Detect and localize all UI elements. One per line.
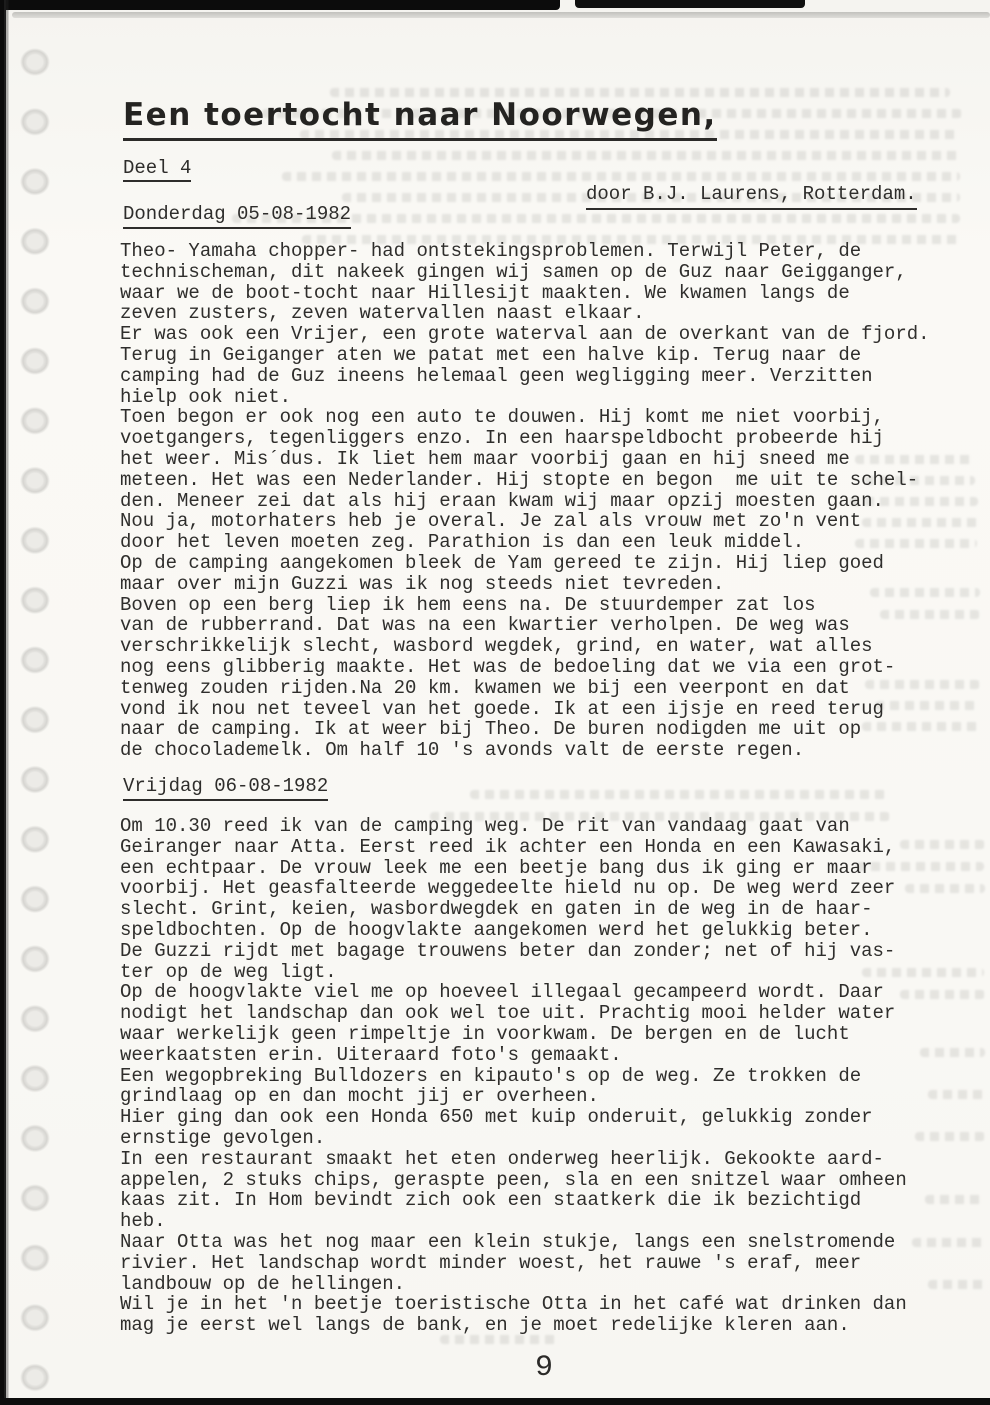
page-title: Een toertocht naar Noorwegen, [123,100,717,141]
scan-edge-left [0,0,9,1405]
bleedthrough-artifact [928,1280,986,1289]
bleedthrough-artifact [900,990,985,999]
bleedthrough-artifact [928,1090,986,1099]
bleedthrough-artifact [905,884,985,893]
entry-body-friday: Om 10.30 reed ik van de camping weg. De … [120,816,907,1336]
entry-body-thursday: Theo- Yamaha chopper- had ontstekingspro… [120,241,930,761]
byline: door B.J. Laurens, Rotterdam. [586,185,917,210]
bleedthrough-artifact [330,88,950,97]
scanned-journal-page: Een toertocht naar Noorwegen, Deel 4 doo… [0,0,990,1405]
entry-heading-friday: Vrijdag 06-08-1982 [123,777,328,801]
entry-heading-thursday: Donderdag 05-08-1982 [123,205,351,229]
bleedthrough-artifact [332,151,960,160]
bleedthrough-artifact [920,1048,985,1057]
scan-edge-top-segment [575,0,805,8]
bleedthrough-artifact [282,172,960,181]
scan-shadow-band [12,12,990,18]
bleedthrough-artifact [900,840,985,849]
scan-edge-top [0,0,560,10]
binder-holes [19,47,51,1399]
scan-edge-bottom [0,1398,990,1405]
bleedthrough-artifact [470,790,890,799]
bleedthrough-artifact [915,1132,985,1141]
page-number: 9 [535,1351,553,1385]
part-label: Deel 4 [123,159,191,182]
bleedthrough-artifact [925,1195,985,1204]
bleedthrough-artifact [912,1238,986,1247]
bleedthrough-artifact [440,1335,560,1344]
